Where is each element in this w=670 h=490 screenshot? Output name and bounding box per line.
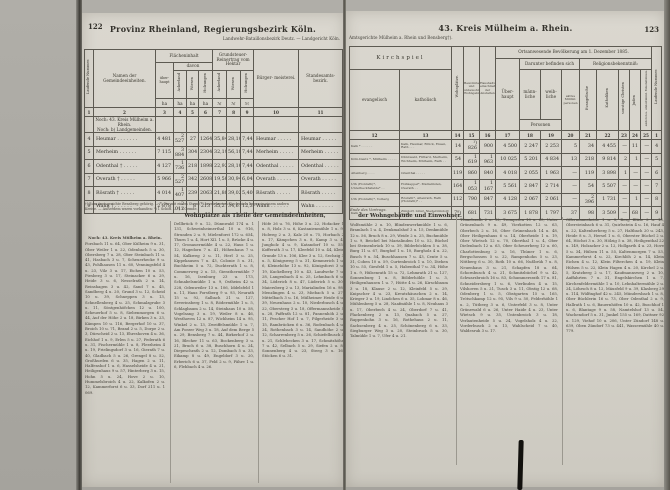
cell-holz: 2304 bbox=[199, 146, 213, 160]
cell-gst_h: 5,40 bbox=[241, 187, 254, 201]
col-header-haushaltungen: Haushaltungen einschließlich der Anstalt… bbox=[480, 47, 496, 131]
col-header-grundsteuer: Grundsteuer- Reinertrag vom Hektar bbox=[213, 50, 254, 71]
col-number: 17 bbox=[496, 131, 520, 140]
table-row: 7Overath † . . . . .5 9662 527342260819,… bbox=[85, 173, 343, 187]
cell-ha: 7 115 bbox=[156, 146, 174, 160]
col-header-standesamt: Standesamts- bezirk. bbox=[299, 50, 343, 108]
cell-mil: 13 bbox=[562, 153, 580, 167]
cell-name: Overath † . . . . . bbox=[94, 173, 156, 187]
cell-kath: Kalk, Heumar, Brück, Ensen, Rath . . . bbox=[400, 140, 452, 154]
area-tax-table: Laufende Nummer. Namen der Gemeindeeinhe… bbox=[84, 49, 343, 214]
cell-mil: 5 bbox=[562, 140, 580, 154]
cell-evg: 34 bbox=[580, 140, 597, 154]
col-header-namen: Namen der Gemeindeeinheiten. bbox=[94, 50, 156, 108]
col-header-wohngebaeude: Bewohnte und unbewohnte Wohngebäude bbox=[464, 47, 480, 131]
cell-nr: 4 bbox=[652, 140, 662, 154]
table-row: Köln-Deutz *, Mülheim . . . . .Dünnwald,… bbox=[350, 153, 662, 167]
cell-evg: 119 bbox=[580, 167, 597, 180]
gazetteer-column-3: Höfe 26 u. 76, Höhe 3 u. 22, Hofacker 1 … bbox=[258, 221, 344, 483]
unit-ha: ha bbox=[187, 99, 199, 108]
cell-jud: — bbox=[630, 167, 641, 180]
cell-mil: — bbox=[562, 180, 580, 194]
gazetteer-text: Trimelsrath 2 u. 12, Trompeten 10 u. 65,… bbox=[460, 217, 558, 333]
col-header-religion: Religionsbekenntniß: bbox=[580, 59, 652, 70]
cell-gst_a: 19,50 bbox=[213, 173, 227, 187]
col-header-militaer: aktive Militär- personen bbox=[562, 70, 580, 131]
cell-nr: 7 bbox=[85, 173, 94, 187]
right-page: 43. Kreis Mülheim a. Rhein. 123 Amtsgeri… bbox=[346, 11, 665, 487]
cell-m: 5 201 bbox=[520, 153, 541, 167]
gazetteer-text: Wolfsmühle 2 u. 10, Blindenwerkmühle 1 u… bbox=[350, 222, 448, 338]
cell-wiesen: 218 bbox=[187, 160, 199, 174]
cell-gst_h: 7,44 bbox=[241, 160, 254, 174]
gazetteer-column-1-header: Noch: 43. Kreis Mülheim a. Rhein. bbox=[85, 235, 165, 240]
cell-wiesen: 239 bbox=[187, 187, 199, 201]
left-page-title: Provinz Rheinland, Regierungsbezirk Köln… bbox=[82, 24, 344, 34]
cell-holz: 1898 bbox=[199, 160, 213, 174]
cell-wiesen: 304 bbox=[187, 146, 199, 160]
cell-and: — bbox=[641, 193, 652, 207]
cell-mil: — bbox=[562, 167, 580, 180]
cell-w: 2 714 bbox=[541, 180, 562, 194]
cell-chr: 1 bbox=[619, 167, 630, 180]
cell-geb: 1 619 bbox=[464, 153, 480, 167]
cell-kath: Hohkeppel*, Marialinden, Overath . . bbox=[400, 180, 452, 194]
cell-ueber: 4 500 bbox=[496, 140, 520, 154]
group-note-line1: Noch: 43. Kreis Mülheim a. Rhein. bbox=[94, 117, 155, 127]
table-row: 6Odenthal † . . . . .4 1271 736218189822… bbox=[85, 160, 343, 174]
col-number: 1 bbox=[652, 131, 662, 140]
cell-and: — bbox=[641, 140, 652, 154]
cell-kth: 3 898 bbox=[597, 167, 619, 180]
cell-holz: 2063 bbox=[199, 187, 213, 201]
cell-nr: 6 bbox=[85, 160, 94, 174]
empty-cell bbox=[85, 117, 94, 133]
col-number: 11 bbox=[299, 108, 343, 117]
group-note: Noch: 43. Kreis Mülheim a. Rhein. Noch: … bbox=[94, 117, 156, 133]
cell-gst_a: 32,19 bbox=[213, 146, 227, 160]
cell-holz: 1264 bbox=[199, 133, 213, 147]
cell-haush: 840 bbox=[480, 167, 496, 180]
gazetteer-column-4: Wolfsmühle 2 u. 10, Blindenwerkmühle 1 u… bbox=[350, 222, 448, 464]
cell-evg: 2 396 bbox=[580, 193, 597, 207]
cell-holz: 2608 bbox=[199, 173, 213, 187]
cell-name: Odenthal † . . . . . bbox=[94, 160, 156, 174]
cell-nr: 7 bbox=[652, 180, 662, 194]
col-header-ueberhaupt: Über- haupt bbox=[496, 59, 520, 131]
table-row: Altenberg . . . .Odenthal . . . . .11986… bbox=[350, 167, 662, 180]
right-table-body: Kalk * . . . . . .Kalk, Heumar, Brück, E… bbox=[350, 140, 662, 220]
col-number: 3 bbox=[156, 108, 174, 117]
col-number: 5 bbox=[187, 108, 199, 117]
evangelische-label: Evangelische bbox=[586, 86, 590, 110]
cell-and: — bbox=[641, 180, 652, 194]
gazetteer-text: Dellbrück 9 u. 12, Dünnwald 174 u. 1 131… bbox=[174, 221, 254, 369]
cell-w: 2 061 bbox=[541, 193, 562, 207]
cell-ha: 4 127 bbox=[156, 160, 174, 174]
cell-kath: Odenthal . . . . . bbox=[400, 167, 452, 180]
left-page-subtitle: Landwehr-Bataillonsbezirk Deutz. — Landg… bbox=[223, 36, 340, 41]
cell-evg: 218 bbox=[580, 153, 597, 167]
right-page-title: 43. Kreis Mülheim a. Rhein. bbox=[346, 23, 665, 33]
col-header-flaecheninhalt: Flächeninhalt bbox=[156, 50, 213, 63]
cell-gst_w: 28,10 bbox=[227, 160, 241, 174]
cell-name: Rösrath † . . . . . bbox=[94, 187, 156, 201]
left-page: 122 Provinz Rheinland, Regierungsbezirk … bbox=[82, 13, 344, 487]
column-number-row: 12 13 14 15 16 17 18 19 20 21 22 23 24 2… bbox=[350, 131, 662, 140]
cell-nr: 5 bbox=[85, 146, 94, 160]
col-header-kirchspiel: Kirchspiel bbox=[350, 47, 452, 70]
cell-sa: Rösrath . . . . . bbox=[299, 187, 343, 201]
cell-w: 4 834 bbox=[541, 153, 562, 167]
col-number: 20 bbox=[562, 131, 580, 140]
col-number: 25 bbox=[641, 131, 652, 140]
col-number: 21 bbox=[580, 131, 597, 140]
empty-cell bbox=[254, 117, 299, 133]
cell-acker: 1 407 bbox=[174, 187, 187, 201]
col-header-gst-ackerland: Ackerland bbox=[213, 71, 227, 99]
cell-gst_a: 35,84 bbox=[213, 133, 227, 147]
col-number: 22 bbox=[597, 131, 619, 140]
cell-geb: 790 bbox=[464, 193, 480, 207]
cell-gst_a: 21,88 bbox=[213, 187, 227, 201]
col-number: 16 bbox=[480, 131, 496, 140]
cell-wpl: 54 bbox=[452, 153, 464, 167]
cell-ev: Köln-Deutz *, Mülheim . . . . . bbox=[350, 153, 400, 167]
cell-wpl: 119 bbox=[452, 167, 464, 180]
cell-wiesen: 27 bbox=[187, 133, 199, 147]
cell-jud: 11 bbox=[630, 140, 641, 154]
col-number: 19 bbox=[541, 131, 562, 140]
cell-jud: 1 bbox=[630, 193, 641, 207]
holzungen-label: Holzungen bbox=[245, 73, 249, 93]
table-row: 5Merheim . . . . . .7 1153 884304230432,… bbox=[85, 146, 343, 160]
cell-gst_h: 7,44 bbox=[241, 146, 254, 160]
col-number: 15 bbox=[464, 131, 480, 140]
cell-gst_h: 7,44 bbox=[241, 133, 254, 147]
cell-nr: 5 bbox=[652, 153, 662, 167]
col-number: 7 bbox=[213, 108, 227, 117]
cell-ev: Kalk * . . . . . . bbox=[350, 140, 400, 154]
col-header-evangelisch: evangelisch bbox=[350, 70, 400, 131]
col-header-gst-wiesen: Wiesen bbox=[227, 71, 241, 99]
cell-haush: 1 963 bbox=[480, 153, 496, 167]
cell-geb: ¹) 826 bbox=[464, 140, 480, 154]
unit-mark: ℳ bbox=[213, 99, 227, 108]
cell-acker: 3 884 bbox=[174, 146, 187, 160]
col-number: 23 bbox=[619, 131, 630, 140]
cell-haush: 1 167 bbox=[480, 180, 496, 194]
cell-kath: Rösrath*, Altenrath, Rath (Honrath)* . . bbox=[400, 193, 452, 207]
group-header-row: Noch: 43. Kreis Mülheim a. Rhein. Noch: … bbox=[85, 117, 343, 133]
column-number-row: 1 2 3 4 5 6 7 8 9 10 11 bbox=[85, 108, 343, 117]
col-header-evangelische: Evangelische bbox=[580, 70, 597, 131]
unit-mark: ℳ bbox=[241, 99, 254, 108]
col-number: 13 bbox=[400, 131, 452, 140]
empty-cell bbox=[174, 117, 187, 133]
cell-m: 2 067 bbox=[520, 193, 541, 207]
cell-kth: 1 731 bbox=[597, 193, 619, 207]
empty-cell bbox=[241, 117, 254, 133]
wiesen-label: Wiesen bbox=[232, 77, 236, 90]
cell-nr: 8 bbox=[652, 193, 662, 207]
col-number: 8 bbox=[227, 108, 241, 117]
cell-nr: 4 bbox=[85, 133, 94, 147]
cell-sa: Heumar . . . . . bbox=[299, 133, 343, 147]
col-header-davon: davon bbox=[174, 63, 213, 71]
col-header-holzungen: Holzungen bbox=[199, 71, 213, 99]
cell-ha: 4 481 bbox=[156, 133, 174, 147]
cell-haush: 900 bbox=[480, 140, 496, 154]
col-header-bevoelkerung: Ortsanwesende Bevölkerung am 1. Dezember… bbox=[496, 47, 652, 59]
cell-gst_w: 30,94 bbox=[227, 173, 241, 187]
unit-ha: ha bbox=[174, 99, 187, 108]
col-header-personen: Personen bbox=[520, 120, 562, 131]
cell-ueber: 4 018 bbox=[496, 167, 520, 180]
cell-chr: 2 bbox=[619, 153, 630, 167]
col-number: 10 bbox=[254, 108, 299, 117]
col-header-wohnplaetze: Wohnplätze. bbox=[452, 47, 464, 131]
book-scan: 122 Provinz Rheinland, Regierungsbezirk … bbox=[0, 0, 670, 490]
cell-sa: Odenthal . . . . . bbox=[299, 160, 343, 174]
cell-acker: 2 527 bbox=[174, 133, 187, 147]
andere-bekenntnisse-label: anderen u. unbestimmt. Bekenntnisses. bbox=[645, 70, 648, 126]
empty-cell bbox=[227, 117, 241, 133]
col-number: 12 bbox=[350, 131, 400, 140]
right-page-edge bbox=[664, 0, 670, 490]
col-number: 14 bbox=[452, 131, 464, 140]
col-number: 4 bbox=[174, 108, 187, 117]
cell-sa: Wahn . . . . . . bbox=[299, 200, 343, 214]
cell-kth: 9 814 bbox=[597, 153, 619, 167]
ackerland-label: Ackerland bbox=[218, 73, 222, 92]
wiesen-label: Wiesen bbox=[191, 77, 195, 90]
empty-cell bbox=[299, 117, 343, 133]
table-row: Uth (Honrath)*, VolbergRösrath*, Altenra… bbox=[350, 193, 662, 207]
col-number: 9 bbox=[241, 108, 254, 117]
cell-evg: 54 bbox=[580, 180, 597, 194]
katholiken-label: Katholiken bbox=[606, 88, 610, 108]
wohnplaetze-label: Wohnplätze. bbox=[456, 75, 460, 97]
unit-ha: ha bbox=[156, 99, 174, 108]
laufende-nummer-label: Laufende Nummer. bbox=[87, 59, 91, 94]
cell-chr: — bbox=[619, 180, 630, 194]
cell-m: 2 247 bbox=[520, 140, 541, 154]
cell-jud: — bbox=[630, 180, 641, 194]
col-number: 1 bbox=[85, 108, 94, 117]
ackerland-label: Ackerland bbox=[178, 73, 182, 92]
table-row: 4Heumar . . . . . . .4 4812 52727126435,… bbox=[85, 133, 343, 147]
cell-haush: 847 bbox=[480, 193, 496, 207]
cell-kath: Dünnwald, Flittard, Merheim, Wichheim, M… bbox=[400, 153, 452, 167]
cell-sa: Overath . . . . . bbox=[299, 173, 343, 187]
cell-acker: 2 527 bbox=[174, 173, 187, 187]
cell-acker: 1 736 bbox=[174, 160, 187, 174]
cell-ev: Uth (Honrath)*, Volberg bbox=[350, 193, 400, 207]
cell-geb: 860 bbox=[464, 167, 480, 180]
col-number: 24 bbox=[630, 131, 641, 140]
cell-wpl: 112 bbox=[452, 193, 464, 207]
col-number: 18 bbox=[520, 131, 541, 140]
table-row: Kalk * . . . . . .Kalk, Heumar, Brück, E… bbox=[350, 140, 662, 154]
cell-gst_w: 39,02 bbox=[227, 187, 241, 201]
col-header-katholisch: katholisch bbox=[400, 70, 452, 131]
right-page-number: 123 bbox=[644, 25, 659, 34]
empty-cell bbox=[156, 117, 174, 133]
cell-m: 2 055 bbox=[520, 167, 541, 180]
cell-ueber: 10 025 bbox=[496, 153, 520, 167]
gazetteer-text: Höfe 26 u. 76, Höhe 3 u. 22, Hofacker 1 … bbox=[262, 221, 344, 358]
col-header-darunter: Darunter befinden sich bbox=[520, 59, 580, 70]
table-row: Uth (Honrath)*, Unterheckhsfelde* . .Hoh… bbox=[350, 180, 662, 194]
right-page-subtitle: Amtsgerichte Mülheim a. Rhein und Bensbe… bbox=[349, 35, 453, 40]
empty-cell bbox=[187, 117, 199, 133]
gazetteer-text: Offermannsheide 1 u. 5, Berg Blüse 2 u. … bbox=[566, 217, 664, 333]
cell-gst_a: 22,92 bbox=[213, 160, 227, 174]
col-header-ackerland: Ackerland bbox=[174, 71, 187, 99]
cell-ueber: 4 128 bbox=[496, 193, 520, 207]
cell-gst_h: 6,04 bbox=[241, 173, 254, 187]
population-table: Kirchspiel Wohnplätze. Bewohnte und unbe… bbox=[349, 46, 662, 220]
col-header-maennlich: männ- liche bbox=[520, 70, 541, 120]
cell-ev: Altenberg . . . . bbox=[350, 167, 400, 180]
col-header-andere: anderen u. unbestimmt. Bekenntnisses. bbox=[641, 70, 652, 131]
cell-jud: 1 bbox=[630, 153, 641, 167]
wohnplaetze-heading: Wohnplätze als Theile der Gemeindeeinhei… bbox=[168, 213, 342, 219]
col-header-laufende-nummer: Laufende Nummer. bbox=[85, 50, 94, 108]
col-header-laufende-nummer: Laufende Nummer. bbox=[652, 47, 662, 131]
empty-cell bbox=[199, 117, 213, 133]
cell-nr: 8 bbox=[85, 187, 94, 201]
col-number: 6 bbox=[199, 108, 213, 117]
gazetteer-text: Forsbach 11 u. 64, Ober Külheim 9 u. 31,… bbox=[85, 241, 165, 394]
cell-kth: 4 455 bbox=[597, 140, 619, 154]
cell-name: Merheim . . . . . . bbox=[94, 146, 156, 160]
cell-ev: Uth (Honrath)*, Unterheckhsfelde* . . bbox=[350, 180, 400, 194]
col-header-weiblich: weib- liche bbox=[541, 70, 562, 120]
juden-label: Juden bbox=[633, 95, 637, 106]
cell-ueber: 5 561 bbox=[496, 180, 520, 194]
cell-sa: Merheim . . . . . bbox=[299, 146, 343, 160]
cell-ha: 4 014 bbox=[156, 187, 174, 201]
cell-m: 2 847 bbox=[520, 180, 541, 194]
cell-bm: Merheim . . . . . bbox=[254, 146, 299, 160]
gazetteer-column-6: Offermannsheide 1 u. 5, Berg Blüse 2 u. … bbox=[562, 217, 664, 465]
cell-nr: 6 bbox=[652, 167, 662, 180]
cell-mil: — bbox=[562, 193, 580, 207]
footnote-line2: Kreise. — Außerdem waren vorhanden: ¹) 1… bbox=[85, 207, 198, 211]
end-note: Ende des Vortrags. bbox=[350, 207, 387, 212]
cell-w: 2 253 bbox=[541, 140, 562, 154]
unit-mark: ℳ bbox=[227, 99, 241, 108]
holzungen-label: Holzungen bbox=[204, 73, 208, 93]
cell-wiesen: 342 bbox=[187, 173, 199, 187]
cell-w: 1 963 bbox=[541, 167, 562, 180]
cell-wpl: 164 bbox=[452, 180, 464, 194]
cell-geb: 1 053 bbox=[464, 180, 480, 194]
col-header-katholiken: Katholiken bbox=[597, 70, 619, 131]
cell-name: Heumar . . . . . . . bbox=[94, 133, 156, 147]
gazetteer-column-2: Dellbrück 9 u. 12, Dünnwald 174 u. 1 131… bbox=[170, 221, 254, 483]
col-header-sonstige-christen: sonstige Christen bbox=[619, 70, 630, 131]
cell-bm: Rösrath . . . . . bbox=[254, 187, 299, 201]
col-number: 2 bbox=[94, 108, 156, 117]
unit-ha: ha bbox=[199, 99, 213, 108]
gazetteer-column-1: Noch: 43. Kreis Mülheim a. Rhein. Forsba… bbox=[85, 221, 165, 483]
empty-cell bbox=[213, 117, 227, 133]
cell-ha: 5 966 bbox=[156, 173, 174, 187]
cell-bm: Overath . . . . . bbox=[254, 173, 299, 187]
laufende-nummer-label: Laufende Nummer. bbox=[655, 69, 659, 104]
cell-wpl: 14 bbox=[452, 140, 464, 154]
cell-and: — bbox=[641, 167, 652, 180]
group-note-line2: Noch: b) Landgemeinden. bbox=[94, 127, 155, 132]
col-header-juden: Juden bbox=[630, 70, 641, 131]
col-header-buergermeisterei: Bürger- meisterei. bbox=[254, 50, 299, 108]
sonstige-christen-label: sonstige Christen bbox=[622, 82, 626, 114]
col-header-ueberhaupt: über- haupt bbox=[156, 63, 174, 99]
cell-chr: — bbox=[619, 140, 630, 154]
col-header-wiesen: Wiesen bbox=[187, 71, 199, 99]
footnote-line1: †) Zum Amtsgerichte Bensberg gehörig. — … bbox=[85, 202, 289, 206]
col-header-gst-holzungen: Holzungen bbox=[241, 71, 254, 99]
cell-chr: — bbox=[619, 193, 630, 207]
table-row: 8Rösrath † . . . . .4 0141 407239206321,… bbox=[85, 187, 343, 201]
cell-gst_w: 56,18 bbox=[227, 146, 241, 160]
gazetteer-column-5: Trimelsrath 2 u. 12, Trompeten 10 u. 65,… bbox=[456, 217, 558, 465]
cell-bm: Heumar . . . . . bbox=[254, 133, 299, 147]
wohngebaeude-heading: der Wohngebäude und Einwohner. bbox=[350, 213, 470, 219]
cell-gst_w: 28,10 bbox=[227, 133, 241, 147]
cell-kth: 5 507 bbox=[597, 180, 619, 194]
column-spacer bbox=[85, 221, 165, 235]
cell-and: — bbox=[641, 153, 652, 167]
cell-bm: Odenthal . . . . . bbox=[254, 160, 299, 174]
